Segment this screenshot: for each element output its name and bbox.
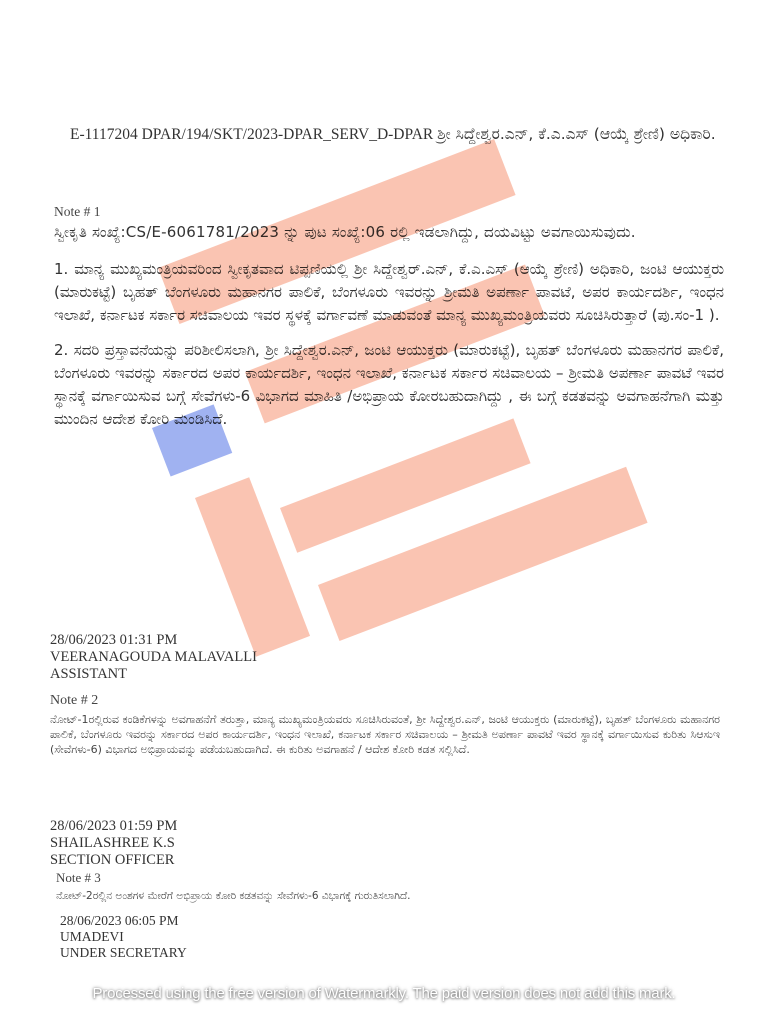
- signature-timestamp: 28/06/2023 06:05 PM: [60, 913, 187, 929]
- signature-name: VEERANAGOUDA MALAVALLI: [50, 649, 257, 666]
- file-subject: ಶ್ರೀ ಸಿದ್ದೇಶ್ವರ.ಎನ್, ಕೆ.ಎ.ಎಸ್ (ಆಯ್ಕೆ ಶ್ರ…: [437, 125, 716, 143]
- note-3-label: Note # 3: [56, 870, 676, 886]
- watermark-bar-lower: [280, 418, 531, 552]
- signature-timestamp: 28/06/2023 01:31 PM: [50, 632, 257, 649]
- note-1-paragraph-2: 2. ಸದರಿ ಪ್ರಸ್ತಾವನೆಯನ್ನು ಪರಿಶೀಲಿಸಲಾಗಿ, ಶ್…: [54, 339, 724, 431]
- note-2-body: ನೋಟ್-1ರಲ್ಲಿರುವ ಕಂಡಿಕೆಗಳನ್ನು ಅವಗಾಹನೆಗೆ ತರ…: [50, 712, 720, 757]
- note-2: Note # 2 ನೋಟ್-1ರಲ್ಲಿರುವ ಕಂಡಿಕೆಗಳನ್ನು ಅವಗ…: [50, 692, 720, 757]
- note-1-paragraph-1: 1. ಮಾನ್ಯ ಮುಖ್ಯಮಂತ್ರಿಯವರಿಂದ ಸ್ವೀಕೃತವಾದ ಟಿ…: [54, 258, 724, 327]
- watermark-bar-vertical: [195, 477, 310, 656]
- note-1: Note # 1 ಸ್ವೀಕೃತಿ ಸಂಖ್ಯೆ:CS/E-6061781/20…: [54, 203, 724, 431]
- note-1-lead: ಸ್ವೀಕೃತಿ ಸಂಖ್ಯೆ:CS/E-6061781/2023 ನ್ನು ಪ…: [54, 221, 724, 244]
- signature-designation: ASSISTANT: [50, 666, 257, 683]
- note-1-label: Note # 1: [54, 203, 724, 221]
- signature-timestamp: 28/06/2023 01:59 PM: [50, 818, 177, 835]
- signature-name: SHAILASHREE K.S: [50, 835, 177, 852]
- note-3-body: ನೋಟ್-2ರಲ್ಲಿನ ಅಂಶಗಳ ಮೇರೆಗೆ ಅಭಿಪ್ರಾಯ ಕೋರಿ …: [56, 889, 676, 903]
- note-3: Note # 3 ನೋಟ್-2ರಲ್ಲಿನ ಅಂಶಗಳ ಮೇರೆಗೆ ಅಭಿಪ್…: [56, 870, 676, 903]
- signature-designation: UNDER SECRETARY: [60, 945, 187, 961]
- watermark-footer-text: Processed using the free version of Wate…: [0, 985, 768, 1002]
- signature-name: UMADEVI: [60, 929, 187, 945]
- signature-designation: SECTION OFFICER: [50, 852, 177, 869]
- note-sheet-page: E-1117204 DPAR/194/SKT/2023-DPAR_SERV_D-…: [0, 0, 768, 1024]
- file-header: E-1117204 DPAR/194/SKT/2023-DPAR_SERV_D-…: [70, 122, 730, 147]
- watermark-bar-bottom: [318, 467, 648, 641]
- note-2-label: Note # 2: [50, 692, 720, 709]
- note-3-signature: 28/06/2023 06:05 PM UMADEVI UNDER SECRET…: [60, 913, 187, 961]
- note-2-signature: 28/06/2023 01:59 PM SHAILASHREE K.S SECT…: [50, 818, 177, 869]
- note-1-signature: 28/06/2023 01:31 PM VEERANAGOUDA MALAVAL…: [50, 632, 257, 683]
- file-reference: E-1117204 DPAR/194/SKT/2023-DPAR_SERV_D-…: [70, 126, 433, 143]
